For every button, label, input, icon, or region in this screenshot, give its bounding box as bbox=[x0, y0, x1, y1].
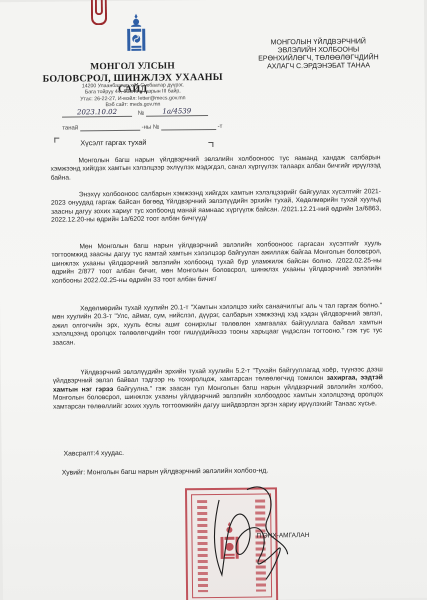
paragraph-5: Үйлдвэрчний эвлэлүүдийн эрхийн тухай хуу… bbox=[53, 366, 383, 411]
paragraph-4: Хөдөлмөрийн тухай хуулийн 20.1-т "Хамтын… bbox=[52, 302, 382, 347]
letter-page: МОНГОЛ УЛСЫН БОЛОВСРОЛ, ШИНЖЛЭХ УХААНЫ С… bbox=[0, 0, 427, 600]
paragraph-text: Монголын багш нарын үйлдвэрчний эвлэлийн… bbox=[51, 154, 381, 183]
attachment-note: Хавсралт:4 хуудас. bbox=[64, 450, 125, 458]
paper-clip bbox=[91, 0, 107, 25]
paragraph-2: Энэхүү холбооноос салбарын хэмжээнд хийг… bbox=[51, 188, 381, 225]
paragraph-text: Мөн Монголын багш нарын үйлдвэрчний эвлэ… bbox=[51, 240, 381, 285]
subject-bracket-right bbox=[208, 142, 213, 147]
signatory-name: П.ЭНХ-АМГАЛАН bbox=[256, 532, 309, 540]
ny-number-label: -ны № bbox=[142, 125, 160, 131]
paragraph-1: Монголын багш нарын үйлдвэрчний эвлэлийн… bbox=[51, 154, 381, 183]
ministry-address: 14200 Улаанбаатар хот, Сүхбаатар дүүрэг,… bbox=[58, 82, 208, 109]
paragraph-3: Мөн Монголын багш нарын үйлдвэрчний эвлэ… bbox=[51, 240, 381, 285]
handwritten-signature bbox=[207, 479, 298, 600]
reply-reference-line: танай -ны № -т bbox=[62, 121, 222, 132]
recipient-line: АХЛАГЧ С.ЭРДЭНЭБАТ ТАНАА bbox=[224, 62, 414, 72]
tanai-label: танай bbox=[62, 125, 78, 131]
soyombo-emblem-icon bbox=[125, 13, 147, 55]
letter-subject: Хүсэлт гаргах тухай bbox=[80, 138, 146, 148]
subject-bracket-left bbox=[54, 138, 59, 143]
paragraph-text: Энэхүү холбооноос салбарын хэмжээнд хийг… bbox=[51, 188, 381, 225]
letter-number: 1а/4539 bbox=[162, 107, 191, 115]
recipient-block: МОНГОЛЫН ҮЙЛДВЭРЧНИЙ ЭВЛЭЛИЙН ХОЛБООНЫ Е… bbox=[223, 38, 413, 72]
paragraph-text: Хөдөлмөрийн тухай хуулийн 20.1-т "Хамтын… bbox=[52, 302, 382, 347]
copy-to-note: Хувийг: Монголын багш нарын үйлдвэрчний … bbox=[62, 467, 268, 476]
letter-date: 2023.10.02 bbox=[77, 108, 117, 116]
number-label: № bbox=[138, 111, 144, 117]
date-number-line: 2023.10.02 № 1а/4539 bbox=[62, 107, 208, 118]
t-label: -т bbox=[218, 124, 223, 130]
paragraph-text: Үйлдвэрчний эвлэлүүдийн эрхийн тухай хуу… bbox=[53, 366, 383, 411]
